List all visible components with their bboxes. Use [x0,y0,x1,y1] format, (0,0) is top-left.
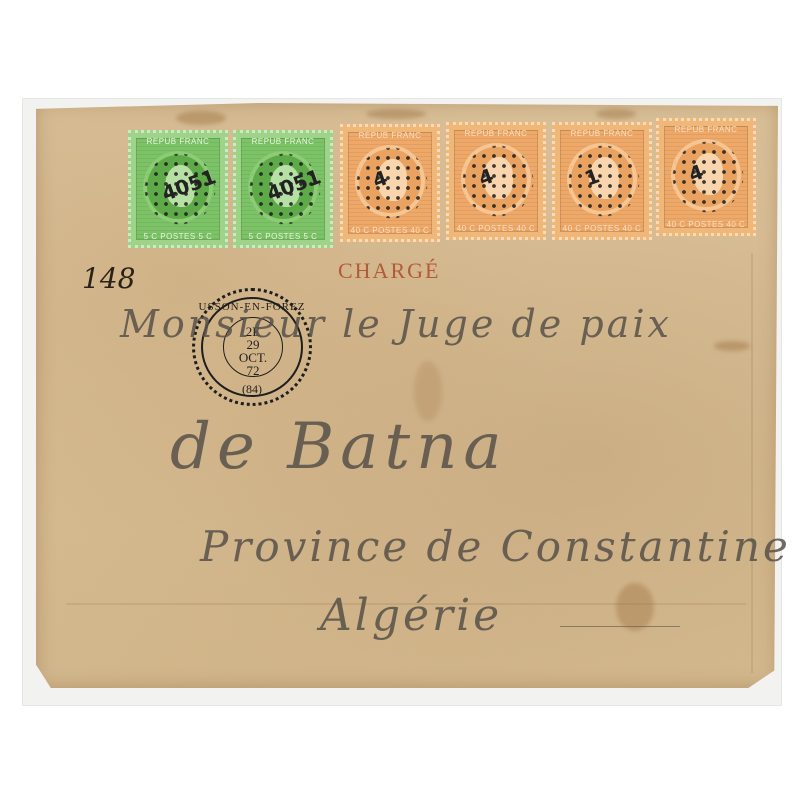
address-underline [560,626,680,627]
stamp-denomination: 5 C POSTES 5 C [131,232,225,241]
stamp-top-text: REPUB FRANC [555,129,649,138]
stain [616,583,654,631]
address-line-2: de Batna [170,410,507,484]
dotted-cancel [565,141,643,221]
postmark-date-line: 72 [225,364,281,377]
stamp-denomination: 5 C POSTES 5 C [236,232,330,241]
stamp-top-text: REPUB FRANC [131,137,225,146]
address-line-4: Algérie [320,590,502,641]
address-line-1: Monsieur le Juge de paix [120,302,672,346]
fold-line [751,253,753,673]
postage-stamp: REPUB FRANC5 C POSTES 5 C4051 [233,130,333,248]
stain [596,109,636,119]
stamp-top-text: REPUB FRANC [343,131,437,140]
dotted-cancel [459,141,537,221]
stamp-denomination: 40 C POSTES 40 C [343,226,437,235]
address-line-3: Province de Constantine [200,522,791,571]
manuscript-number: 148 [82,262,135,295]
postage-stamp: REPUB FRANC40 C POSTES 40 C1 [552,122,652,240]
postage-stamp: REPUB FRANC40 C POSTES 40 C4 [340,124,440,242]
registration-mark: CHARGÉ [338,258,440,284]
postage-stamp: REPUB FRANC5 C POSTES 5 C4051 [128,130,228,248]
dotted-cancel [669,137,747,217]
stamp-denomination: 40 C POSTES 40 C [449,224,543,233]
postage-stamp: REPUB FRANC40 C POSTES 40 C4 [656,118,756,236]
postmark-department: (84) [195,382,309,397]
stain [366,109,426,119]
stamp-denomination: 40 C POSTES 40 C [555,224,649,233]
stamp-denomination: 40 C POSTES 40 C [659,220,753,229]
dotted-cancel [353,143,431,223]
stamp-top-text: REPUB FRANC [449,129,543,138]
stamp-top-text: REPUB FRANC [236,137,330,146]
stamp-top-text: REPUB FRANC [659,125,753,134]
stain [714,341,750,351]
postage-stamp: REPUB FRANC40 C POSTES 40 C4 [446,122,546,240]
stain [176,111,226,125]
